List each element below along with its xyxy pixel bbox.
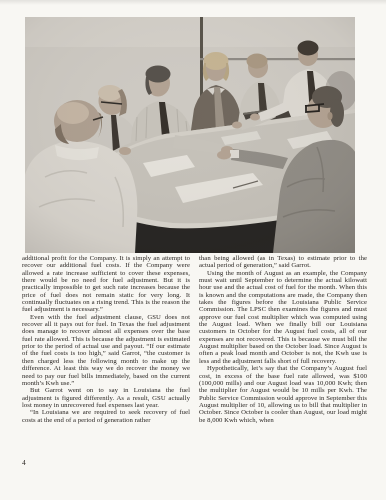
- paragraph: than being allowed (as in Texas) to esti…: [199, 255, 367, 270]
- article-body: additional profit for the Company. It is…: [22, 255, 367, 424]
- article-column-right: than being allowed (as in Texas) to esti…: [199, 255, 367, 424]
- photo-vignette: [25, 17, 355, 253]
- paragraph: But Garrot went on to say in Louisiana t…: [22, 387, 190, 409]
- meeting-photo: [25, 17, 355, 253]
- paragraph: “In Louisiana we are required to seek re…: [22, 409, 190, 424]
- paragraph: additional profit for the Company. It is…: [22, 255, 190, 314]
- paragraph: Even with the fuel adjustment clause, GS…: [22, 314, 190, 387]
- page-number: 4: [22, 458, 26, 467]
- article-column-left: additional profit for the Company. It is…: [22, 255, 190, 424]
- paragraph: Hypothetically, let’s say that the Compa…: [199, 365, 367, 424]
- paragraph: Using the month of August as an example,…: [199, 270, 367, 365]
- magazine-page: additional profit for the Company. It is…: [0, 0, 386, 500]
